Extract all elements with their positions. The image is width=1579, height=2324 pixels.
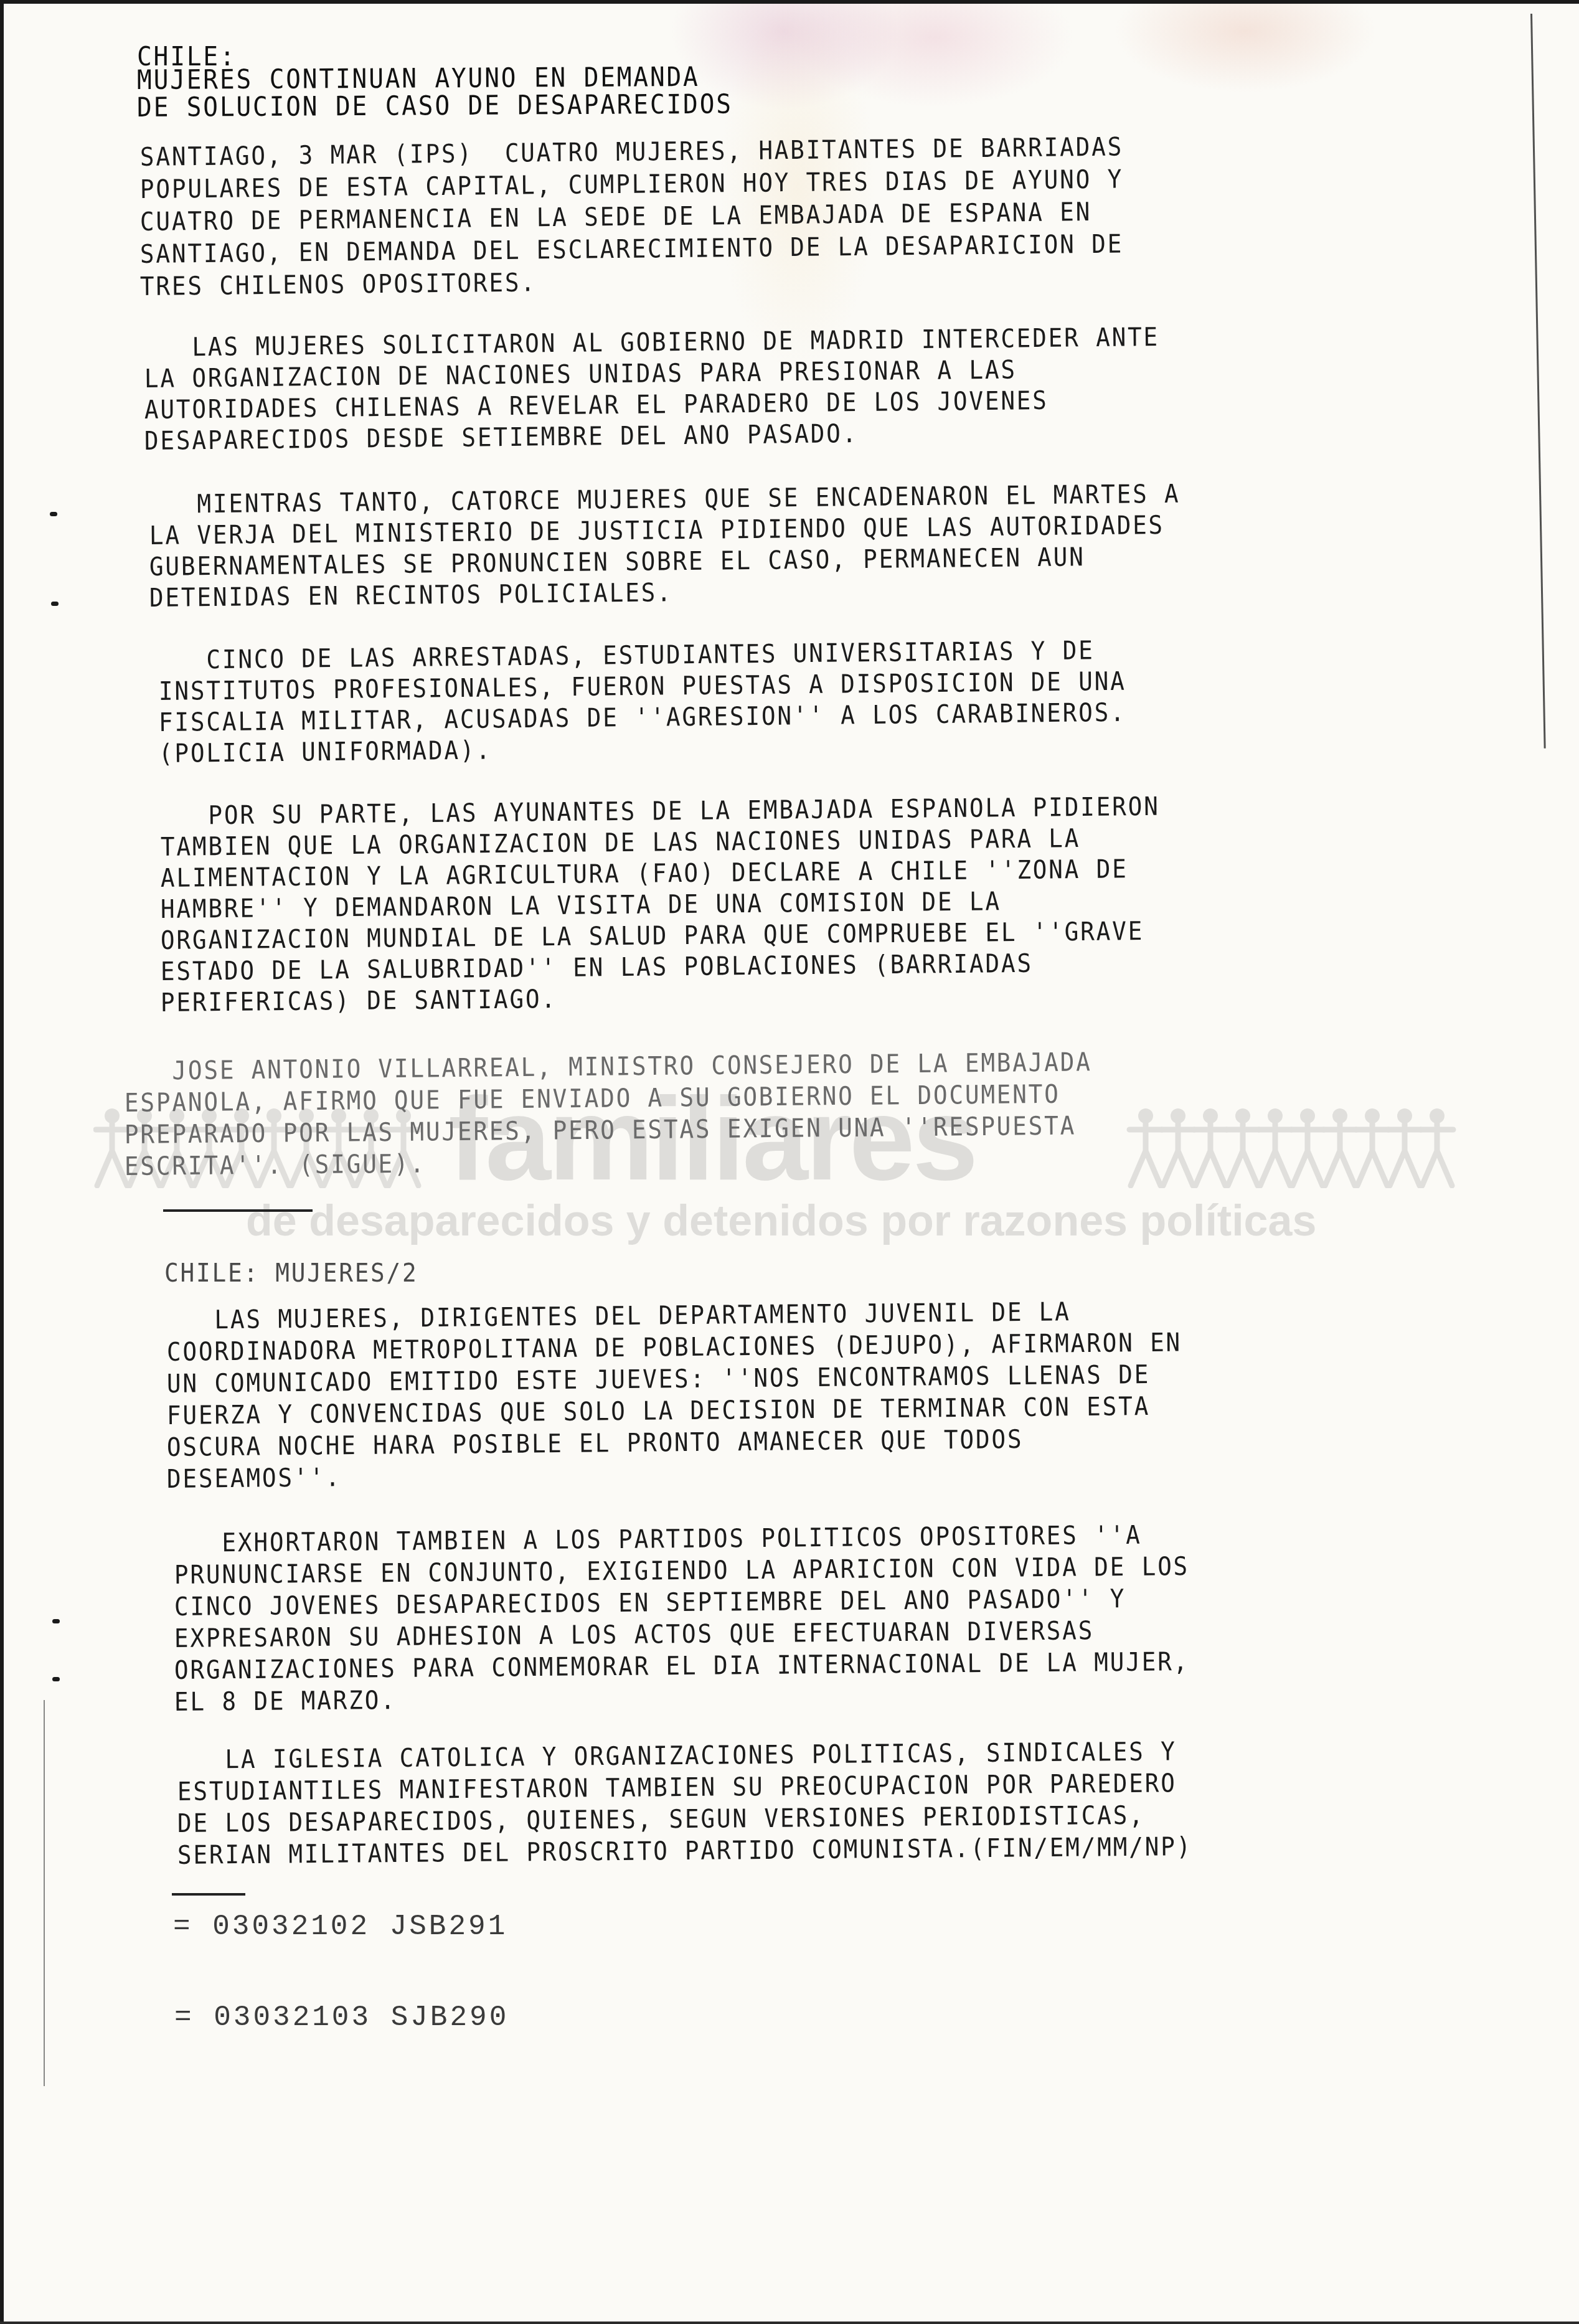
paragraph-line: DESEAMOS''. <box>167 1465 341 1492</box>
headline-line: DE SOLUCION DE CASO DE DESAPARECIDOS <box>137 92 733 121</box>
punch-mark <box>52 1677 60 1681</box>
paragraph-line: EXPRESARON SU ADHESION A LOS ACTOS QUE E… <box>174 1618 1094 1651</box>
transmission-code: = 03032103 SJB290 <box>174 2001 509 2034</box>
paper-fold-line-left <box>44 1700 45 2086</box>
scan-left-border <box>0 0 4 2324</box>
scan-bottom-border <box>0 2322 1579 2324</box>
paragraph-line: EL 8 DE MARZO. <box>174 1688 397 1715</box>
watermark-subtitle: de desaparecidos y detenidos por razones… <box>246 1196 1316 1245</box>
punch-mark <box>52 1619 60 1623</box>
paragraph-line: TRES CHILENOS OPOSITORES. <box>140 270 537 300</box>
scan-top-border <box>0 0 1579 4</box>
transmission-code: = 03032102 JSB291 <box>173 1911 507 1943</box>
end-divider <box>172 1893 245 1896</box>
paragraph-line: HAMBRE'' Y DEMANDARON LA VISITA DE UNA C… <box>161 889 1001 922</box>
paragraph-line: PERIFERICAS) DE SANTIAGO. <box>161 986 557 1016</box>
paragraph-line: (POLICIA UNIFORMADA). <box>159 737 492 767</box>
section-divider <box>163 1209 313 1212</box>
punch-mark <box>51 602 59 606</box>
continuation-slug: CHILE: MUJERES/2 <box>164 1260 418 1286</box>
paragraph-line: OSCURA NOCHE HARA POSIBLE EL PRONTO AMAN… <box>167 1427 1024 1460</box>
paragraph-line: ESCRITA''. (SIGUE). <box>125 1151 426 1179</box>
paragraph-line: DESAPARECIDOS DESDE SETIEMBRE DEL ANO PA… <box>144 421 858 454</box>
punch-mark <box>50 512 57 516</box>
paragraph-line: DETENIDAS EN RECINTOS POLICIALES. <box>149 580 673 611</box>
paragraph-line: CINCO JOVENES DESAPARECIDOS EN SEPTIEMBR… <box>174 1586 1126 1620</box>
